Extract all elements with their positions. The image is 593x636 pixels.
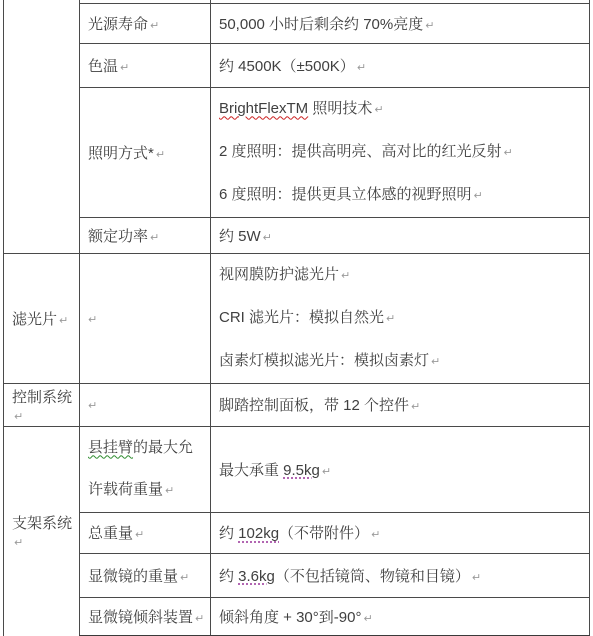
item-cell[interactable]: 额定功率↵ xyxy=(80,217,211,253)
table-row: 滤光片↵ ↵ 视网膜防护滤光片↵ CRI 滤光片：模拟自然光↵ 卤素灯模拟滤光片… xyxy=(4,253,590,383)
item-cell[interactable]: 照明方式*↵ xyxy=(80,87,211,217)
table-row: 照明方式*↵ BrightFlexTM 照明技术↵ 2 度照明：提供高明亮、高对… xyxy=(4,87,590,217)
value-cell[interactable]: 脚踏控制面板，带 12 个控件↵↵ xyxy=(211,383,590,426)
item-label: 额定功率 xyxy=(88,228,148,245)
paragraph: 视网膜防护滤光片↵ xyxy=(219,254,587,297)
table-row: 显微镜的重量↵ 约 3.6kg（不包括镜筒、物镜和目镜）↵↵ xyxy=(4,553,590,597)
cell-end-mark: ↵ xyxy=(88,313,97,326)
value-text: 倾斜角度 + 30°到-90° xyxy=(219,609,361,626)
value-cell[interactable]: 约 5W↵↵ xyxy=(211,217,590,253)
table-row: 色温↵ 约 4500K（±500K）↵↵ xyxy=(4,43,590,87)
value-cell[interactable]: BrightFlexTM 照明技术↵ 2 度照明：提供高明亮、高对比的红光反射↵… xyxy=(211,87,590,217)
category-label: 支架系统 xyxy=(12,515,72,532)
spec-table: 光源寿命↵ 50,000 小时后剩余约 70%亮度↵↵ 色温↵ 约 4500K（… xyxy=(3,0,590,636)
cell-end-mark: ↵ xyxy=(156,148,165,161)
item-cell-empty[interactable]: ↵ xyxy=(80,253,211,383)
item-cell-empty[interactable]: ↵ xyxy=(80,383,211,426)
paragraph: 2 度照明：提供高明亮、高对比的红光反射↵ xyxy=(219,131,587,174)
cell-end-mark: ↵ xyxy=(165,484,174,497)
item-cell[interactable]: 县挂臂的最大允 许载荷重量↵ xyxy=(80,426,211,512)
smart-tag-text: 3.6kg xyxy=(238,568,275,585)
cell-end-mark: ↵ xyxy=(14,536,23,549)
cell-end-mark: ↵ xyxy=(88,399,97,412)
item-cell[interactable]: 总重量↵ xyxy=(80,512,211,553)
value-text: 视网膜防护滤光片 xyxy=(219,266,339,283)
cell-end-mark: ↵ xyxy=(150,19,159,32)
smart-tag-text: 9.5kg xyxy=(283,462,320,479)
value-text: 约 5W xyxy=(219,228,261,245)
value-text: 脚踏控制面板，带 12 个控件 xyxy=(219,397,409,414)
cell-end-mark: ↵ xyxy=(371,528,380,541)
category-label: 控制系统 xyxy=(12,389,72,406)
value-text: （不带附件） xyxy=(279,525,369,542)
value-text: 约 xyxy=(219,525,238,542)
table-row: 总重量↵ 约 102kg（不带附件）↵↵ xyxy=(4,512,590,553)
item-label: 显微镜倾斜装置 xyxy=(88,609,193,626)
item-cell[interactable]: 显微镜倾斜装置↵ xyxy=(80,597,211,636)
paragraph: 6 度照明：提供更具立体感的视野照明↵ xyxy=(219,174,587,217)
value-text: 约 xyxy=(219,568,238,585)
cell-end-mark: ↵ xyxy=(472,571,481,584)
value-text: CRI 滤光片：模拟自然光 xyxy=(219,309,384,326)
cell-end-mark: ↵ xyxy=(150,231,159,244)
value-text: 约 4500K（±500K） xyxy=(219,58,355,75)
spell-error-text: BrightFlexTM xyxy=(219,100,308,117)
value-text: 卤素灯模拟滤光片：模拟卤素灯 xyxy=(219,352,429,369)
value-text: 照明技术 xyxy=(308,100,372,117)
category-cell[interactable]: 滤光片↵ xyxy=(4,253,80,383)
cell-end-mark: ↵ xyxy=(386,312,395,325)
document-page: 光源寿命↵ 50,000 小时后剩余约 70%亮度↵↵ 色温↵ 约 4500K（… xyxy=(0,0,593,636)
value-text: 最大承重 xyxy=(219,462,283,479)
item-label: 色温 xyxy=(88,58,118,75)
paragraph: 卤素灯模拟滤光片：模拟卤素灯↵ xyxy=(219,340,587,383)
paragraph: CRI 滤光片：模拟自然光↵ xyxy=(219,297,587,340)
cell-end-mark: ↵ xyxy=(135,528,144,541)
cell-end-mark: ↵ xyxy=(431,355,440,368)
item-label: 照明方式* xyxy=(88,145,154,162)
cell-end-mark: ↵ xyxy=(411,400,420,413)
value-text: 6 度照明：提供更具立体感的视野照明 xyxy=(219,186,472,203)
value-text: 50,000 小时后剩余约 70%亮度 xyxy=(219,16,423,33)
cell-end-mark: ↵ xyxy=(180,571,189,584)
category-cell[interactable]: 支架系统↵ xyxy=(4,426,80,636)
item-label: 总重量 xyxy=(88,525,133,542)
cell-end-mark: ↵ xyxy=(363,612,372,625)
value-text: 2 度照明：提供高明亮、高对比的红光反射 xyxy=(219,143,502,160)
cell-end-mark: ↵ xyxy=(341,269,350,282)
item-cell[interactable]: 色温↵ xyxy=(80,43,211,87)
value-cell[interactable]: 最大承重 9.5kg↵↵ xyxy=(211,426,590,512)
value-text: （不包括镜筒、物镜和目镜） xyxy=(275,568,470,585)
cell-end-mark: ↵ xyxy=(322,465,331,478)
cell-end-mark: ↵ xyxy=(374,103,383,116)
table-row: 额定功率↵ 约 5W↵↵ xyxy=(4,217,590,253)
value-cell[interactable]: 约 102kg（不带附件）↵↵ xyxy=(211,512,590,553)
cell-end-mark: ↵ xyxy=(195,612,204,625)
table-row: 控制系统↵ ↵ 脚踏控制面板，带 12 个控件↵↵ xyxy=(4,383,590,426)
table-row: 显微镜倾斜装置↵ 倾斜角度 + 30°到-90°↵↵ xyxy=(4,597,590,636)
cell-end-mark: ↵ xyxy=(120,61,129,74)
item-label: 光源寿命 xyxy=(88,16,148,33)
category-label: 滤光片 xyxy=(12,311,57,328)
cell-end-mark: ↵ xyxy=(357,61,366,74)
paragraph: BrightFlexTM 照明技术↵ xyxy=(219,88,587,131)
value-cell[interactable]: 约 4500K（±500K）↵↵ xyxy=(211,43,590,87)
value-cell[interactable]: 视网膜防护滤光片↵ CRI 滤光片：模拟自然光↵ 卤素灯模拟滤光片：模拟卤素灯↵… xyxy=(211,253,590,383)
grammar-error-text: 县挂臂 xyxy=(88,439,133,456)
cell-end-mark: ↵ xyxy=(425,19,434,32)
cell-end-mark: ↵ xyxy=(474,189,483,202)
cell-end-mark: ↵ xyxy=(504,146,513,159)
category-cell-continued[interactable] xyxy=(4,0,80,253)
cell-end-mark: ↵ xyxy=(14,410,23,423)
cell-end-mark: ↵ xyxy=(263,231,272,244)
value-cell[interactable]: 50,000 小时后剩余约 70%亮度↵↵ xyxy=(211,3,590,43)
table-row: 光源寿命↵ 50,000 小时后剩余约 70%亮度↵↵ xyxy=(4,3,590,43)
table-row: 支架系统↵ 县挂臂的最大允 许载荷重量↵ 最大承重 9.5kg↵↵ xyxy=(4,426,590,512)
item-cell[interactable]: 显微镜的重量↵ xyxy=(80,553,211,597)
item-label: 显微镜的重量 xyxy=(88,568,178,585)
value-cell[interactable]: 约 3.6kg（不包括镜筒、物镜和目镜）↵↵ xyxy=(211,553,590,597)
category-cell[interactable]: 控制系统↵ xyxy=(4,383,80,426)
value-cell[interactable]: 倾斜角度 + 30°到-90°↵↵ xyxy=(211,597,590,636)
smart-tag-text: 102kg xyxy=(238,525,279,542)
item-cell[interactable]: 光源寿命↵ xyxy=(80,3,211,43)
cell-end-mark: ↵ xyxy=(59,314,68,327)
